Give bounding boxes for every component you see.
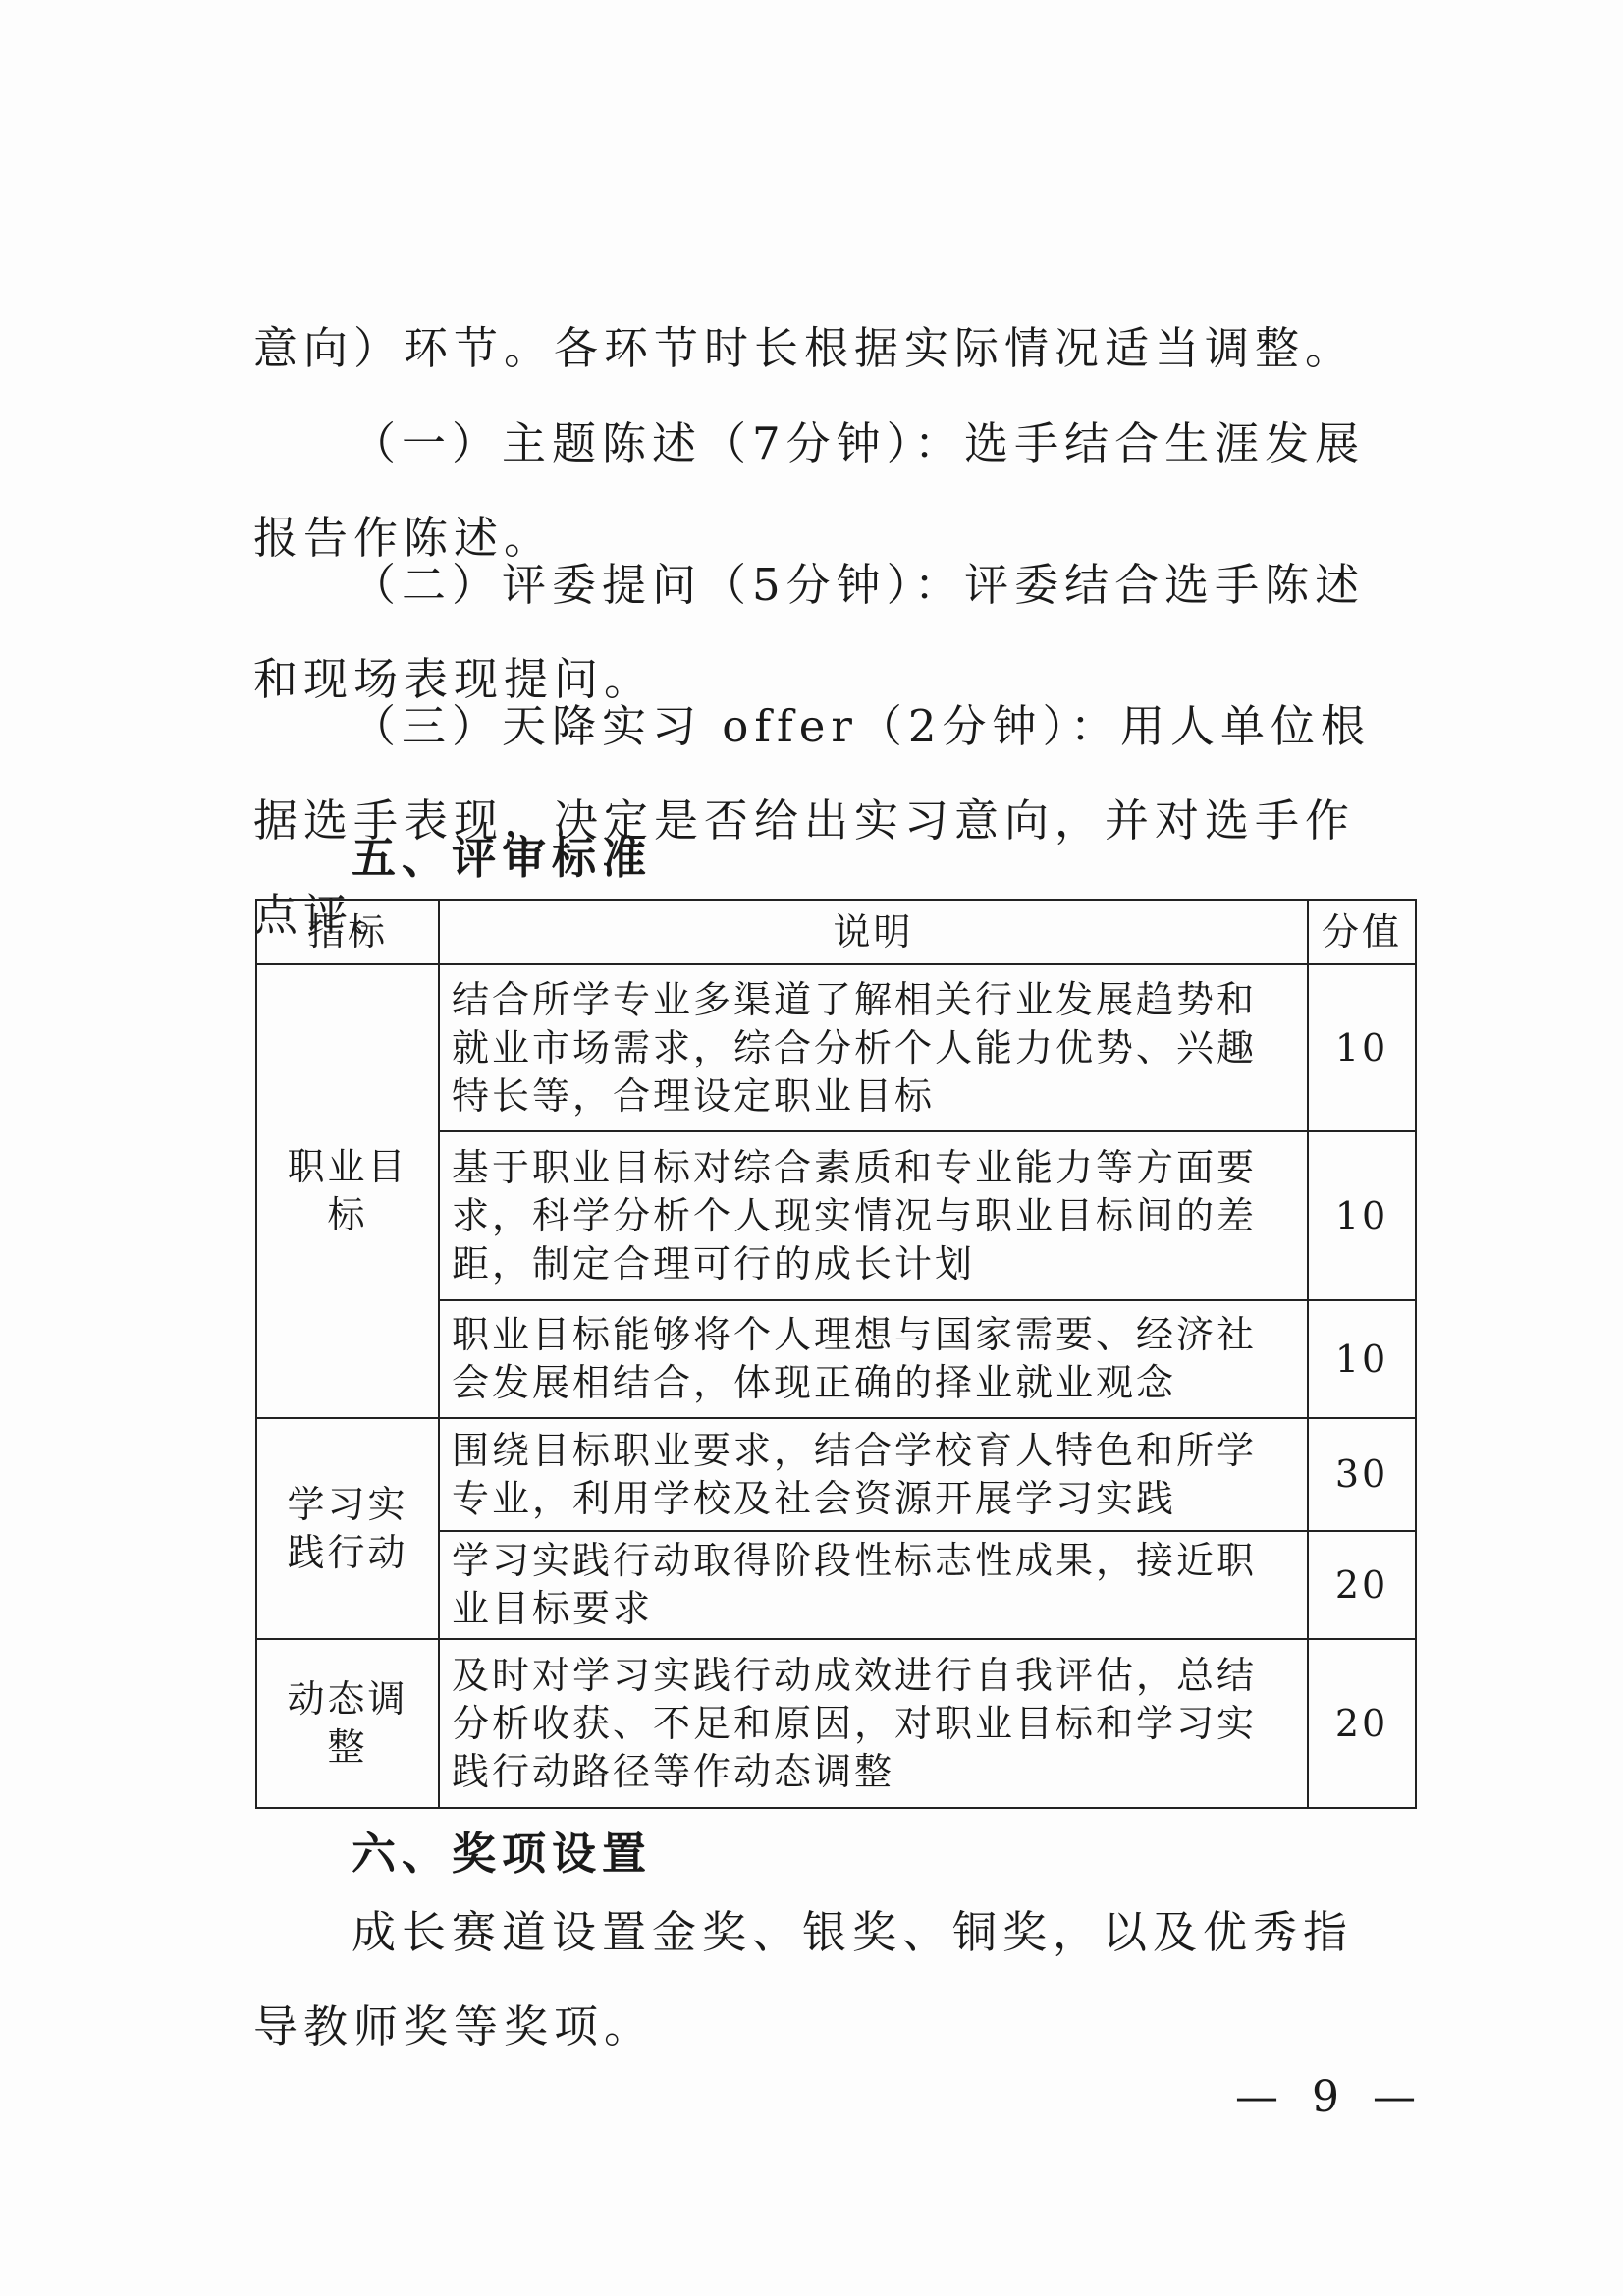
indicator-cell: 动态调整	[256, 1639, 439, 1808]
table-row: 职业目标 结合所学专业多渠道了解相关行业发展趋势和就业市场需求，综合分析个人能力…	[256, 964, 1416, 1131]
description-cell: 学习实践行动取得阶段性标志性成果，接近职业目标要求	[439, 1531, 1308, 1639]
score-cell: 10	[1308, 1300, 1416, 1418]
section-heading-criteria: 五、评审标准	[253, 811, 1392, 905]
paragraph-awards: 成长赛道设置金奖、银奖、铜奖，以及优秀指导教师奖等奖项。	[253, 1886, 1392, 2074]
description-cell: 基于职业目标对综合素质和专业能力等方面要求，科学分析个人现实情况与职业目标间的差…	[439, 1131, 1308, 1300]
table-row: 学习实践行动 围绕目标职业要求，结合学校育人特色和所学专业，利用学校及社会资源开…	[256, 1418, 1416, 1531]
score-cell: 20	[1308, 1531, 1416, 1639]
indicator-cell: 学习实践行动	[256, 1418, 439, 1639]
description-cell: 结合所学专业多渠道了解相关行业发展趋势和就业市场需求，综合分析个人能力优势、兴趣…	[439, 964, 1308, 1131]
score-cell: 10	[1308, 1131, 1416, 1300]
score-cell: 30	[1308, 1418, 1416, 1531]
description-cell: 及时对学习实践行动成效进行自我评估，总结分析收获、不足和原因，对职业目标和学习实…	[439, 1639, 1308, 1808]
paragraph-intro: 意向）环节。各环节时长根据实际情况适当调整。	[253, 301, 1392, 396]
criteria-table: 指标 说明 分值 职业目标 结合所学专业多渠道了解相关行业发展趋势和就业市场需求…	[255, 899, 1417, 1809]
description-cell: 围绕目标职业要求，结合学校育人特色和所学专业，利用学校及社会资源开展学习实践	[439, 1418, 1308, 1531]
page-number: — 9 —	[1235, 2072, 1426, 2122]
score-cell: 20	[1308, 1639, 1416, 1808]
indicator-cell: 职业目标	[256, 964, 439, 1418]
table-row: 动态调整 及时对学习实践行动成效进行自我评估，总结分析收获、不足和原因，对职业目…	[256, 1639, 1416, 1808]
score-cell: 10	[1308, 964, 1416, 1131]
table-header-row: 指标 说明 分值	[256, 900, 1416, 964]
header-description: 说明	[439, 900, 1308, 964]
description-cell: 职业目标能够将个人理想与国家需要、经济社会发展相结合，体现正确的择业就业观念	[439, 1300, 1308, 1418]
header-score: 分值	[1308, 900, 1416, 964]
header-indicator: 指标	[256, 900, 439, 964]
